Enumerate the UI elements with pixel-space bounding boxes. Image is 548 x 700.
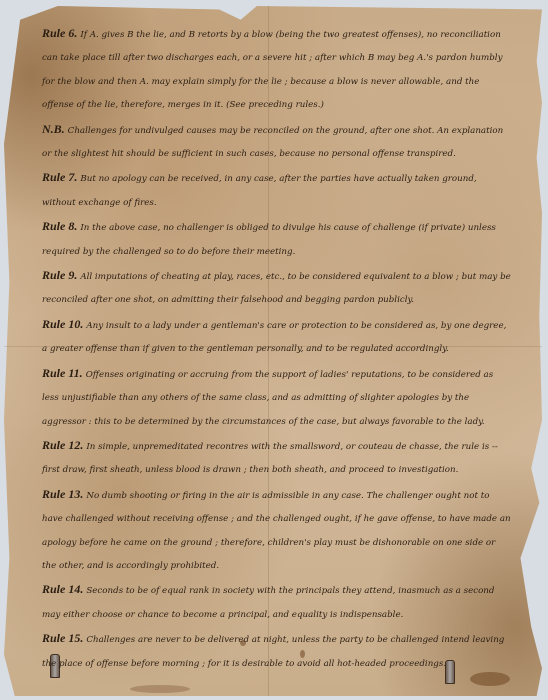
rule-6: Rule 6.If A. gives B the lie, and B reto… xyxy=(42,22,512,118)
rule-label: Rule 9. xyxy=(42,268,77,282)
rule-15: Rule 15.Challenges are never to be deliv… xyxy=(42,627,512,676)
rule-text: In the above case, no challenger is obli… xyxy=(42,223,496,256)
rule-text: In simple, unpremeditated recontres with… xyxy=(42,442,498,475)
rule-11: Rule 11.Offenses originating or accruing… xyxy=(42,362,512,434)
rule-text: Any insult to a lady under a gentleman's… xyxy=(42,321,506,354)
rule-text: If A. gives B the lie, and B retorts by … xyxy=(42,30,503,110)
rule-12: Rule 12.In simple, unpremeditated recont… xyxy=(42,434,512,483)
rule-10: Rule 10.Any insult to a lady under a gen… xyxy=(42,313,512,362)
rule-9: Rule 9.All imputations of cheating at pl… xyxy=(42,264,512,313)
rule-label: Rule 15. xyxy=(42,631,83,645)
rule-text: But no apology can be received, in any c… xyxy=(42,174,477,207)
ink-stain xyxy=(130,685,190,693)
rule-label: Rule 6. xyxy=(42,26,77,40)
rule-14: Rule 14.Seconds to be of equal rank in s… xyxy=(42,578,512,627)
rule-text: Seconds to be of equal rank in society w… xyxy=(42,586,494,619)
rule-nb: N.B.Challenges for undivulged causes may… xyxy=(42,118,512,167)
rule-13: Rule 13.No dumb shooting or firing in th… xyxy=(42,483,512,579)
rule-label: Rule 14. xyxy=(42,582,83,596)
rule-text: Offenses originating or accruing from th… xyxy=(42,370,493,427)
rule-label: Rule 11. xyxy=(42,366,83,380)
rule-8: Rule 8.In the above case, no challenger … xyxy=(42,215,512,264)
rule-text: No dumb shooting or firing in the air is… xyxy=(42,491,511,571)
rules-document: Rule 6.If A. gives B the lie, and B reto… xyxy=(42,22,512,676)
rule-7: Rule 7.But no apology can be received, i… xyxy=(42,166,512,215)
rule-label: Rule 7. xyxy=(42,170,77,184)
rule-label: Rule 13. xyxy=(42,487,83,501)
rule-label: N.B. xyxy=(42,122,65,136)
rule-text: All imputations of cheating at play, rac… xyxy=(42,272,511,305)
rule-label: Rule 12. xyxy=(42,438,83,452)
rule-text: Challenges for undivulged causes may be … xyxy=(42,126,503,159)
rule-text: Challenges are never to be delivered at … xyxy=(42,635,504,668)
rule-label: Rule 8. xyxy=(42,219,77,233)
rule-label: Rule 10. xyxy=(42,317,83,331)
